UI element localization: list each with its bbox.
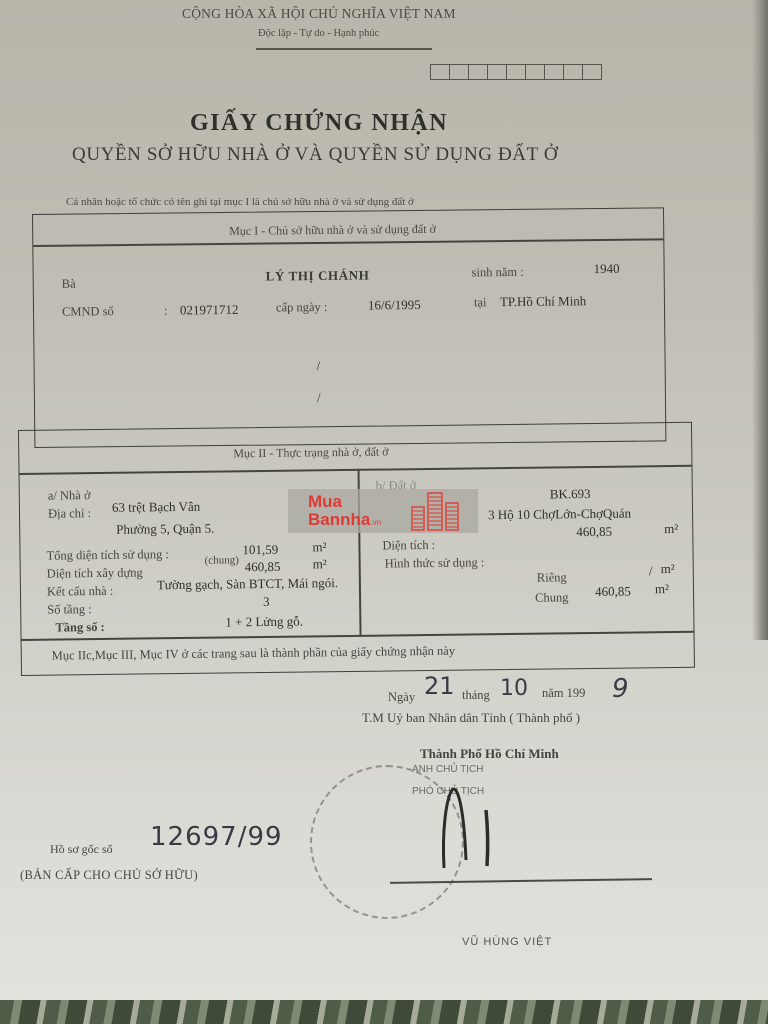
plot-number: BK.693 xyxy=(550,486,591,502)
owner-title-label: Bà xyxy=(62,277,76,292)
date-day-label: Ngày xyxy=(388,690,415,705)
built-area-label: Diện tích xây dựng xyxy=(47,565,143,581)
built-area-note: (chung) xyxy=(205,554,239,566)
serial-number-boxes xyxy=(430,64,602,80)
watermark-line1: Mua xyxy=(308,493,381,511)
national-motto: Độc lập - Tự do - Hạnh phúc xyxy=(258,28,379,39)
section1-divider xyxy=(33,238,663,246)
issue-date-label: cấp ngày : xyxy=(276,300,328,316)
issue-place: TP.Hồ Chí Minh xyxy=(500,293,586,310)
background-surface xyxy=(0,1000,768,1024)
section2-divider xyxy=(20,465,692,475)
total-area-label: Tổng diện tích sử dụng : xyxy=(46,547,169,563)
built-area: 460,85 xyxy=(245,559,281,575)
address-label: Địa chỉ : xyxy=(48,506,91,522)
private-usage-value: / xyxy=(649,563,653,579)
birth-year-label: sinh năm : xyxy=(472,265,524,281)
id-number: 021971712 xyxy=(180,302,239,319)
private-usage-unit: m² xyxy=(661,561,675,577)
address-line2: Phường 5, Quận 5. xyxy=(116,521,214,538)
copy-note: (BẢN CẤP CHO CHỦ SỞ HỮU) xyxy=(20,868,198,883)
date-month: 10 xyxy=(500,676,528,701)
country-header: CỘNG HÒA XÃ HỘI CHỦ NGHĨA VIỆT NAM xyxy=(182,6,456,22)
issue-place-label: tại xyxy=(474,295,487,310)
intro-statement: Cá nhân hoặc tổ chức có tên ghi tại mục … xyxy=(66,196,414,208)
floors: 3 xyxy=(263,594,270,610)
file-number: 12697/99 xyxy=(150,822,283,852)
issuing-authority: T.M Uỷ ban Nhân dân Tỉnh ( Thành phố ) xyxy=(362,710,580,726)
floor-total-label: Tầng số : xyxy=(55,620,105,636)
owner-name: LÝ THỊ CHÁNH xyxy=(266,267,370,284)
shared-usage-label: Chung xyxy=(535,590,569,605)
shared-usage-unit: m² xyxy=(655,581,669,597)
total-area-unit: m² xyxy=(312,539,326,555)
watermark-line2: Bannha xyxy=(308,510,370,529)
floors-label: Số tầng : xyxy=(47,602,92,618)
motto-underline xyxy=(256,48,432,50)
certificate-subtitle: QUYỀN SỞ HỮU NHÀ Ở VÀ QUYỀN SỬ DỤNG ĐẤT … xyxy=(72,144,558,166)
date-day: 21 xyxy=(424,672,455,700)
watermark-logo: Mua Bannha.vn xyxy=(288,489,478,533)
private-usage-label: Riêng xyxy=(537,570,567,585)
footer-note: Mục IIc,Mục III, Mục IV ở các trang sau … xyxy=(52,644,455,664)
date-month-label: tháng xyxy=(462,688,490,703)
built-area-unit: m² xyxy=(313,556,327,572)
land-area: 460,85 xyxy=(576,524,612,540)
land-area-unit: m² xyxy=(664,521,678,537)
buildings-icon xyxy=(410,491,460,531)
floor-total: 1 + 2 Lửng gỗ. xyxy=(225,614,303,631)
id-colon: : xyxy=(164,304,168,319)
file-number-label: Hồ sơ gốc số xyxy=(50,842,113,857)
section2-frame: Mục II - Thực trạng nhà ở, đất ở a/ Nhà … xyxy=(18,422,695,676)
structure-label: Kết cấu nhà : xyxy=(47,584,113,600)
blank-mark-1: / xyxy=(317,358,321,374)
paper-shadow-edge xyxy=(752,0,768,640)
section1-heading: Mục I - Chủ sở hữu nhà ở và sử dụng đất … xyxy=(229,222,436,239)
issue-date: 16/6/1995 xyxy=(368,297,421,314)
stamp-text-1: ANH CHỦ TỊCH xyxy=(412,764,483,775)
birth-year: 1940 xyxy=(594,261,620,277)
section1-frame: Mục I - Chủ sở hữu nhà ở và sử dụng đất … xyxy=(32,207,666,448)
blank-mark-2: / xyxy=(317,390,321,406)
watermark-suffix: .vn xyxy=(370,518,381,527)
map-sheet: 3 Hộ 10 ChợLớn-ChợQuán xyxy=(488,506,631,524)
house-label: a/ Nhà ở xyxy=(48,488,91,504)
structure: Tường gạch, Sàn BTCT, Mái ngói. xyxy=(157,575,338,593)
footer-divider xyxy=(22,631,694,641)
address-line1: 63 trệt Bạch Vân xyxy=(112,499,200,516)
section2-heading: Mục II - Thực trạng nhà ở, đất ở xyxy=(233,444,388,461)
usage-label: Hình thức sử dụng : xyxy=(385,555,485,571)
issuing-city: Thành Phố Hồ Chí Minh xyxy=(420,746,559,762)
id-label: CMND số xyxy=(62,304,114,320)
land-area-label: Diện tích : xyxy=(382,538,435,554)
date-year-label: năm 199 xyxy=(542,686,585,701)
signer-name: VŨ HÙNG VIỆT xyxy=(462,936,552,948)
total-area: 101,59 xyxy=(242,542,278,558)
signature xyxy=(438,780,498,870)
certificate-title: GIẤY CHỨNG NHẬN xyxy=(190,110,448,137)
date-year-digit: 9 xyxy=(612,674,629,704)
shared-usage-value: 460,85 xyxy=(595,584,631,600)
